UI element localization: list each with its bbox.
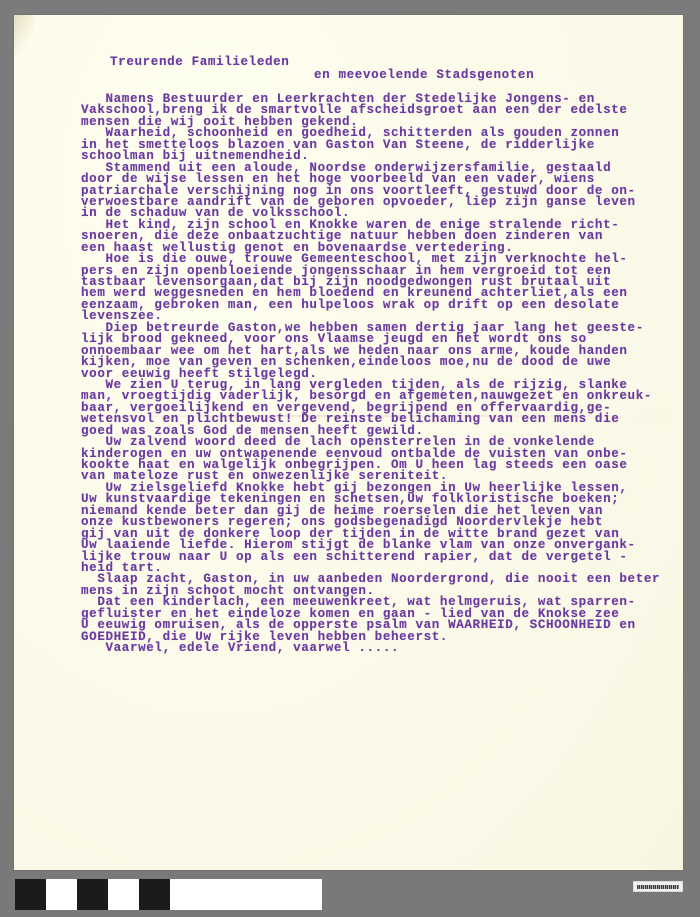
salutation-line-1: Treurende Familieleden <box>110 55 289 69</box>
calibration-white-patch <box>108 879 139 910</box>
barcode-icon <box>637 885 679 889</box>
salutation-line-2: en meevoelende Stadsgenoten <box>314 68 534 82</box>
calibration-white-patch <box>46 879 77 910</box>
letter-body: Namens Bestuurder en Leerkrachten der St… <box>81 94 660 654</box>
barcode-label <box>633 881 683 892</box>
faint-archive-stamp <box>523 25 643 35</box>
body-line: Vaarwel, edele Vriend, vaarwel ..... <box>81 643 660 654</box>
body-line: lijke trouw naar U op als een schitteren… <box>81 552 660 563</box>
body-line: eenzaam, gebroken man, een hulpeloos wra… <box>81 300 660 311</box>
calibration-black-patch <box>15 879 46 910</box>
document-page: Treurende Familieleden en meevoelende St… <box>14 15 683 870</box>
calibration-strip <box>15 879 322 910</box>
calibration-black-patch <box>139 879 170 910</box>
folded-corner <box>14 15 34 55</box>
calibration-white-bar <box>170 879 322 910</box>
calibration-black-patch <box>77 879 108 910</box>
